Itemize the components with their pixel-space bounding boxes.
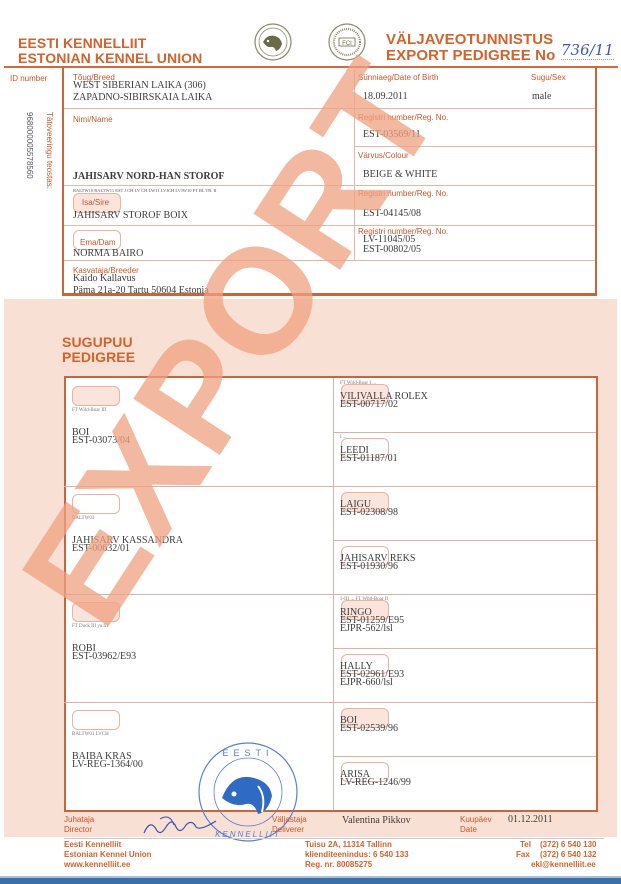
grandparent-titles: I ... (340, 435, 347, 440)
pedigree-row-divider (333, 540, 596, 541)
org-name-en: ESTONIAN KENNEL UNION (18, 51, 202, 66)
grandparent-reg: EST-02539/96 (340, 724, 398, 733)
issue-date: 01.12.2011 (508, 814, 553, 825)
footer-fax: (372) 6 540 132 (540, 850, 597, 860)
grandparent-reg-2: EJPR-562/lsl (340, 624, 393, 633)
footer-service: klienditeenindus: 6 540 133 (305, 850, 409, 860)
parent-reg: LV-REG-1364/00 (72, 760, 143, 769)
grandparent-reg-2: EJPR-660/lsl (340, 678, 393, 687)
sire-name: JAHISARV STOROF BOIX (73, 210, 188, 221)
footer-fax-label: Fax (516, 850, 530, 860)
grandparent-titles: 3-III ... FT Wild-Boar II (340, 597, 388, 602)
id-number-label: ID number (10, 74, 47, 83)
name-label: Nimi/Name (73, 115, 113, 124)
breed-value-2: ZAPADNO-SIBIRSKAIA LAIKA (73, 92, 212, 103)
footer-divider (64, 838, 604, 839)
pedigree-row-divider (333, 648, 596, 649)
pedigree-row-divider (333, 702, 596, 703)
sex-value: male (532, 91, 551, 102)
sire-label: Isa/Sire (82, 198, 109, 207)
grandparent-reg: EST-02308/98 (340, 508, 398, 517)
sex-label: Sugu/Sex (531, 73, 566, 82)
footer-regnr: Reg. nr. 80085275 (305, 860, 372, 870)
parent-reg: EST-03962/E93 (72, 652, 136, 661)
deliverer-name: Valentina Pikkov (342, 815, 411, 826)
svg-text:EESTI: EESTI (222, 748, 273, 758)
pedigree-row-divider (64, 702, 333, 703)
dog-name: JAHISARV NORD-HAN STOROF (73, 171, 225, 182)
doc-title-et: VÄLJAVEOTUNNISTUS (386, 32, 553, 47)
pedigree-title-et: SUGUPUU (62, 335, 133, 350)
tattoo-label-wrapper: Tätoveeringu teostas: (44, 112, 54, 192)
grandparent-reg: EST-00717/02 (340, 400, 398, 409)
grandparent-reg: EST-01187/01 (340, 454, 398, 463)
deliverer-label-en: Deliverer (272, 825, 304, 834)
director-signature (140, 815, 220, 839)
dam-label: Ema/Dam (80, 238, 116, 247)
id-number-wrapper: 968000005578560 (24, 112, 34, 192)
footer-org-en: Estonian Kennel Union (64, 850, 152, 860)
pedigree-row-divider (333, 486, 596, 487)
grandparent-reg: EST-01930/96 (340, 562, 398, 571)
director-label-et: Juhataja (64, 815, 94, 824)
deliverer-label-et: Väljastaja (272, 815, 307, 824)
id-number-value: 968000005578560 (25, 112, 34, 179)
director-label-en: Director (64, 825, 92, 834)
footer-tel-label: Tel (520, 840, 531, 850)
pedigree-row-divider (333, 432, 596, 433)
taskbar-strip (0, 876, 621, 884)
eesti-kennelliit-dog-seal-icon (253, 22, 293, 62)
doc-number: 736/11 (561, 41, 614, 60)
footer-address: Tuisu 2A, 11314 Tallinn (305, 840, 392, 850)
date-label-et: Kuupäev (460, 815, 492, 824)
grandparent-titles: FT Wild-Boar I ... (340, 381, 376, 386)
pedigree-row-divider (333, 756, 596, 757)
footer-email-link[interactable]: ekl@kennelliit.ee (531, 860, 596, 870)
breeder-name: Kaido Kallavus (73, 273, 136, 284)
org-name-et: EESTI KENNELLIIT (18, 36, 146, 51)
parent-titles: BALTW01 LVCH (72, 732, 109, 737)
pedigree-row-divider (333, 594, 596, 595)
breed-value-1: WEST SIBERIAN LAIKA (306) (73, 80, 206, 91)
footer-web-link[interactable]: www.kennelliit.ee (64, 860, 130, 870)
footer-tel: (372) 6 540 130 (540, 840, 597, 850)
tattoo-label: Tätoveeringu teostas: (45, 112, 54, 189)
parent-title-tag (72, 710, 120, 730)
grandparent-reg: LV-REG-1246/99 (340, 778, 411, 787)
footer-org-et: Eesti Kennelliit (64, 840, 121, 850)
date-label-en: Date (460, 825, 477, 834)
dam-name: NORMA BAIRO (73, 248, 143, 259)
doc-title-en: EXPORT PEDIGREE No (386, 48, 555, 63)
